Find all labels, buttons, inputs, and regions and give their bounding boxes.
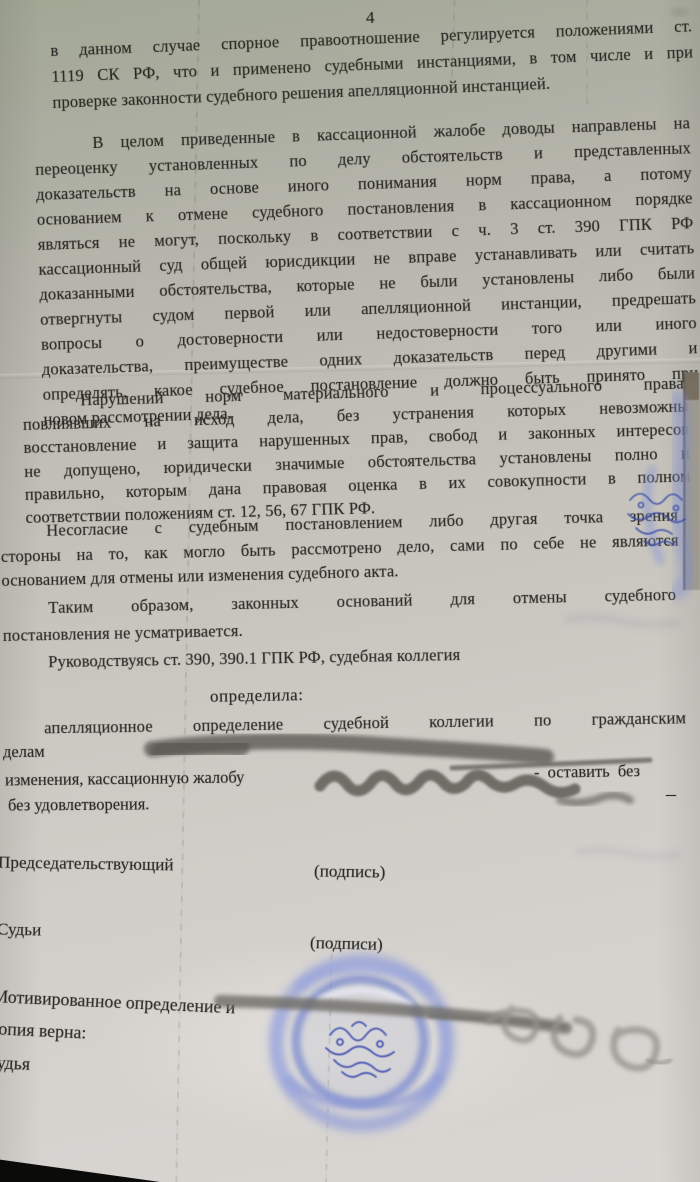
judge-label: Судья [0,1052,30,1075]
paragraph-intro: в данном случае спорное правоотношение р… [50,13,695,116]
presiding-label: Председательствующий [0,853,174,876]
resolution-heading: определила: [210,685,304,707]
operative-line-4: без удовлетворения. [8,794,150,815]
crease-line-bottom [325,940,333,1182]
photographed-court-document: 4 в данном случае спорное правоотношение… [0,0,700,1182]
operative-word-delam: делам [3,742,45,763]
trailing-dash: – [666,783,676,806]
double-headed-eagle-emblem [326,1022,394,1077]
paragraph-disagreement: Несогласие с судебным постановлением либ… [0,503,680,593]
operative-line-3-right: - оставить без [534,761,640,783]
motivated-definition-line: Мотивированное определение и [0,986,236,1018]
copy-true-label: Копия верна: [0,1018,87,1044]
judges-label: Судьи [0,920,42,941]
operative-line-3-left: изменения, кассационную жалобу [5,768,245,791]
text-line: апелляционное определение судебной колле… [2,705,686,742]
round-seal-stamp [276,961,448,1125]
judges-signature-note: (подписи) [310,933,383,955]
gray-streak-over-stamp [220,1001,566,1028]
presiding-signature-note: (подпись) [314,861,386,882]
paragraph-thus: Таким образом, законных оснований для от… [2,582,677,649]
ink-flourish-smudge [489,1008,670,1068]
black-corner [0,1154,160,1182]
operative-line-1: апелляционное определение судебной колле… [2,705,686,742]
